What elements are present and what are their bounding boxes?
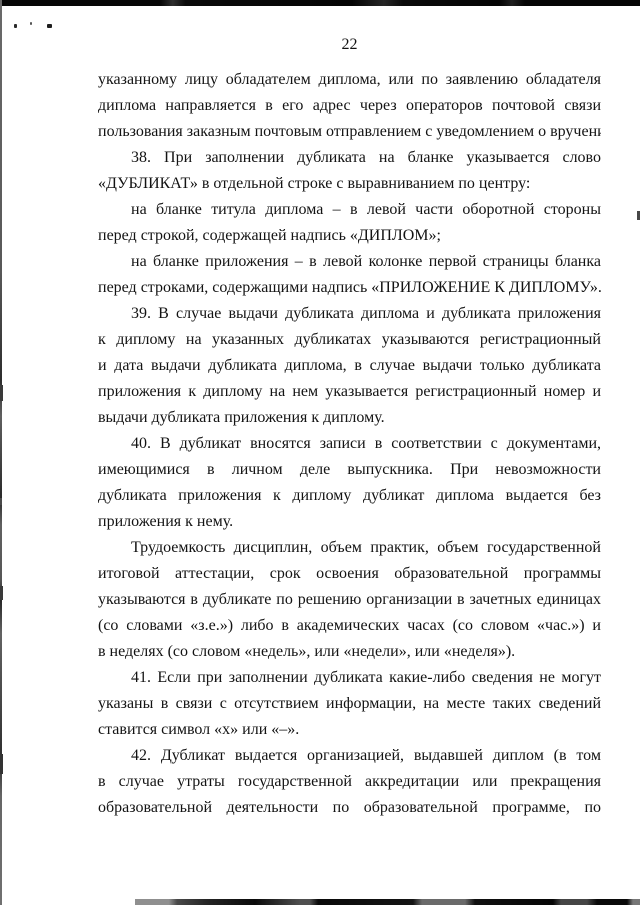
text-line: образовательной деятельности по образова… — [98, 795, 601, 821]
text-line: «ДУБЛИКАТ» в отдельной строке с выравнив… — [98, 171, 601, 197]
scan-artifact-tick — [0, 498, 2, 505]
text-line: 40. В дубликат вносятся записи в соответ… — [98, 431, 601, 457]
text-line: имеющимися в личном деле выпускника. При… — [98, 457, 601, 483]
text-line: (со словами «з.е.») либо в академических… — [98, 613, 601, 639]
scan-artifact-tick — [0, 385, 3, 401]
paragraph: 40. В дубликат вносятся записи в соответ… — [98, 431, 601, 535]
scan-artifact-tick — [0, 586, 3, 600]
page-number: 22 — [98, 32, 601, 58]
text-line: итоговой аттестации, срок освоения образ… — [98, 561, 601, 587]
paragraph: 41. Если при заполнении дубликата какие-… — [98, 665, 601, 743]
text-line: дубликата приложения к диплому дубликат … — [98, 483, 601, 509]
text-line: приложения к диплому на нем указывается … — [98, 379, 601, 405]
text-block: указанному лицу обладателем диплома, или… — [98, 67, 601, 821]
scan-artifact-tick — [0, 754, 3, 774]
text-line: приложения к нему. — [98, 509, 601, 535]
scan-bottom-edge-bar — [135, 899, 640, 905]
paragraph: на бланке приложения – в левой колонке п… — [98, 249, 601, 301]
text-line: выдачи дубликата приложения к диплому. — [98, 405, 601, 431]
text-line: в неделях (со словом «недель», или «неде… — [98, 639, 601, 665]
ink-speck — [30, 22, 32, 25]
text-line: 42. Дубликат выдается организацией, выда… — [98, 743, 601, 769]
text-line: 38. При заполнении дубликата на бланке у… — [98, 145, 601, 171]
text-line: и дата выдачи дубликата диплома, в случа… — [98, 353, 601, 379]
text-line: указаны в связи с отсутствием информации… — [98, 691, 601, 717]
text-line: перед строками, содержащими надпись «ПРИ… — [98, 275, 601, 301]
text-line: диплома направляется в его адрес через о… — [98, 93, 601, 119]
text-line: перед строкой, содержащей надпись «ДИПЛО… — [98, 223, 601, 249]
text-line: 41. Если при заполнении дубликата какие-… — [98, 665, 601, 691]
paragraph: на бланке титула диплома – в левой части… — [98, 197, 601, 249]
text-line: пользования заказным почтовым отправлени… — [98, 119, 601, 145]
text-line: Трудоемкость дисциплин, объем практик, о… — [98, 535, 601, 561]
text-line: 39. В случае выдачи дубликата диплома и … — [98, 301, 601, 327]
ink-speck — [47, 24, 52, 28]
ink-speck — [14, 24, 17, 28]
text-line: ставится символ «х» или «–». — [98, 717, 601, 743]
text-line: указываются в дубликате по решению орган… — [98, 587, 601, 613]
paragraph: 38. При заполнении дубликата на бланке у… — [98, 145, 601, 197]
text-line: в случае утраты государственной аккредит… — [98, 769, 601, 795]
text-line: к диплому на указанных дубликатах указыв… — [98, 327, 601, 353]
scan-top-edge-bar — [0, 0, 640, 6]
document-page: 22 указанному лицу обладателем диплома, … — [0, 0, 640, 905]
paragraph: 42. Дубликат выдается организацией, выда… — [98, 743, 601, 821]
text-line: на бланке титула диплома – в левой части… — [98, 197, 601, 223]
paragraph: 39. В случае выдачи дубликата диплома и … — [98, 301, 601, 431]
text-line: на бланке приложения – в левой колонке п… — [98, 249, 601, 275]
paragraph: Трудоемкость дисциплин, объем практик, о… — [98, 535, 601, 665]
text-line: указанному лицу обладателем диплома, или… — [98, 67, 601, 93]
paragraph: указанному лицу обладателем диплома, или… — [98, 67, 601, 145]
